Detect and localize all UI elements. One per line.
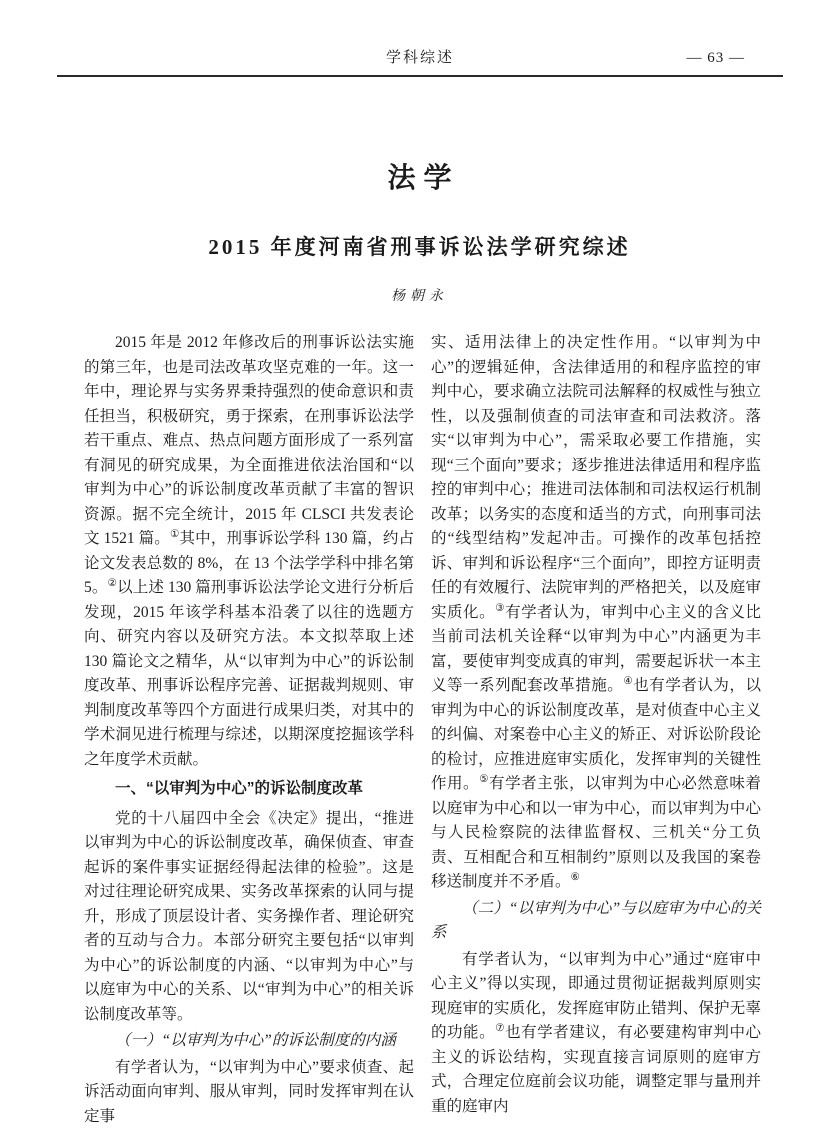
page-number: — 63 — [687, 47, 746, 69]
subsection1-1-paragraph-continuation: 实、适用法律上的决定性作用。“以审判为中心”的逻辑延伸，含法律适用的和程序监控的… [431, 331, 761, 895]
subsection-heading-1-2: （二）“以审判为中心”与以庭审为中心的关系 [431, 897, 761, 946]
subsection-heading-1-1: （一）“以审判为中心”的诉讼制度的内涵 [84, 1029, 414, 1054]
intro-paragraph: 2015 年是 2012 年修改后的刑事诉讼法实施的第三年，也是司法改革攻坚克难… [84, 331, 414, 772]
article-title: 2015 年度河南省刑事诉讼法学研究综述 [0, 231, 839, 261]
left-column: 2015 年是 2012 年修改后的刑事诉讼法实施的第三年，也是司法改革攻坚克难… [84, 331, 414, 1129]
section-heading-1: 一、“以审判为中心”的诉讼制度改革 [84, 777, 414, 802]
body-columns: 2015 年是 2012 年修改后的刑事诉讼法实施的第三年，也是司法改革攻坚克难… [84, 331, 761, 1129]
subsection1-2-paragraph: 有学者认为，“以审判为中心”通过“庭审中心主义”得以实现，即通过贯彻证据裁判原则… [431, 948, 761, 1120]
journal-page: 学科综述 — 63 — 法学 2015 年度河南省刑事诉讼法学研究综述 杨朝永 … [0, 0, 839, 1135]
subsection1-1-paragraph: 有学者认为，“以审判为中心”要求侦查、起诉活动面向审判、服从审判，同时发挥审判在… [84, 1056, 414, 1130]
category-title: 法学 [0, 156, 839, 196]
page-header: 学科综述 — 63 — [57, 47, 783, 69]
right-column: 实、适用法律上的决定性作用。“以审判为中心”的逻辑延伸，含法律适用的和程序监控的… [431, 331, 761, 1129]
section1-paragraph: 党的十八届四中全会《决定》提出，“推进以审判为中心的诉讼制度改革，确保侦查、审查… [84, 807, 414, 1028]
running-head: 学科综述 [57, 47, 783, 69]
author-name: 杨朝永 [0, 285, 839, 305]
header-rule [57, 75, 783, 77]
